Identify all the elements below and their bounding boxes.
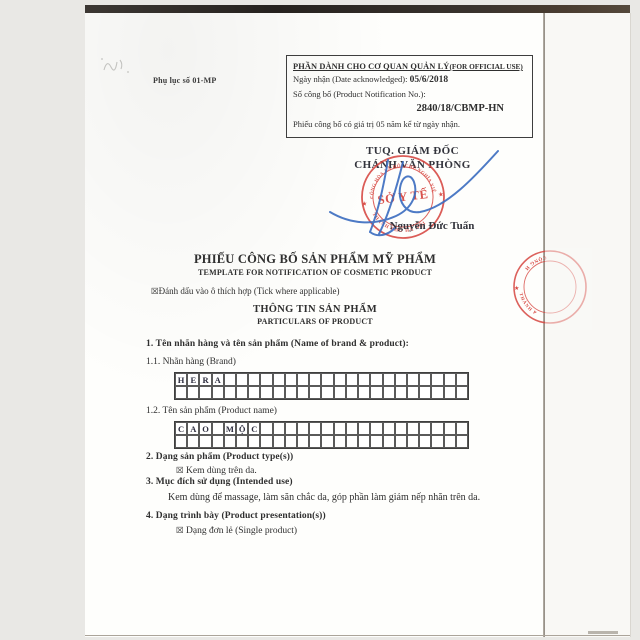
grid-cell xyxy=(407,435,419,448)
grid-cell xyxy=(334,386,346,399)
grid-cell xyxy=(175,435,187,448)
product-name-letter-grid: CAOMỘC xyxy=(174,421,469,449)
official-use-box: PHẦN DÀNH CHO CƠ QUAN QUẢN LÝ(FOR OFFICI… xyxy=(286,55,533,138)
grid-cell xyxy=(321,386,333,399)
grid-cell xyxy=(456,422,468,435)
scanned-document-photo: { "page": { "appendix_label": "Phụ lục s… xyxy=(0,0,640,640)
date-acknowledged-line: Ngày nhận (Date acknowledged): 05/6/2018 xyxy=(293,73,526,88)
grid-cell xyxy=(297,386,309,399)
grid-cell: H xyxy=(175,373,187,386)
grid-cell xyxy=(273,386,285,399)
item2-option-text: Kem dùng trên da. xyxy=(186,466,257,476)
grid-cell xyxy=(236,386,248,399)
grid-cell xyxy=(358,373,370,386)
grid-cell xyxy=(456,435,468,448)
grid-cell xyxy=(431,422,443,435)
grid-cell xyxy=(383,435,395,448)
grid-cell xyxy=(212,422,224,435)
edge-stamp-star-icon: ★ xyxy=(514,285,519,292)
grid-cell xyxy=(321,435,333,448)
grid-cell xyxy=(260,435,272,448)
grid-cell xyxy=(419,386,431,399)
grid-cell xyxy=(395,373,407,386)
pencil-scribble xyxy=(98,50,142,80)
grid-cell xyxy=(187,386,199,399)
grid-cell xyxy=(236,373,248,386)
grid-cell xyxy=(407,386,419,399)
grid-cell: C xyxy=(248,422,260,435)
grid-cell: O xyxy=(199,422,211,435)
corner-shadow xyxy=(588,631,618,634)
grid-cell xyxy=(297,435,309,448)
grid-cell xyxy=(285,435,297,448)
grid-cell xyxy=(370,386,382,399)
tick-instruction-text: Đánh dấu vào ô thích hợp (Tick where app… xyxy=(159,286,340,296)
grid-cell xyxy=(444,422,456,435)
item1-1-label: 1.1. Nhãn hàng (Brand) xyxy=(146,357,236,367)
item1-label: 1. Tên nhãn hàng và tên sản phẩm (Name o… xyxy=(146,339,409,349)
grid-cell xyxy=(444,435,456,448)
grid-cell xyxy=(297,422,309,435)
grid-cell: A xyxy=(187,422,199,435)
checkbox-checked-icon: ☒ xyxy=(176,466,184,476)
grid-cell xyxy=(346,422,358,435)
item3-text: Kem dùng để massage, làm săn chắc da, gó… xyxy=(168,492,480,503)
grid-cell xyxy=(456,373,468,386)
grid-cell: Ộ xyxy=(236,422,248,435)
grid-cell xyxy=(212,435,224,448)
grid-cell xyxy=(431,435,443,448)
page-bottom-edge xyxy=(85,635,630,636)
tick-instruction: ☒Đánh dấu vào ô thích hợp (Tick where ap… xyxy=(151,286,340,297)
item4-label: 4. Dạng trình bày (Product presentation(… xyxy=(146,511,326,521)
grid-cell xyxy=(383,386,395,399)
grid-cell xyxy=(260,386,272,399)
grid-cell xyxy=(444,386,456,399)
item2-label: 2. Dạng sản phẩm (Product type(s)) xyxy=(146,452,293,462)
signer-name: Nguyễn Đức Tuấn xyxy=(352,220,512,232)
document-title: PHIẾU CÔNG BỐ SẢN PHẨM MỸ PHẨM xyxy=(85,252,545,267)
grid-cell xyxy=(285,422,297,435)
grid-cell xyxy=(273,422,285,435)
brand-letter-grid: HERA xyxy=(174,372,469,400)
grid-cell xyxy=(309,373,321,386)
grid-cell xyxy=(248,435,260,448)
stack-top-edge xyxy=(85,5,630,13)
grid-cell xyxy=(236,435,248,448)
validity-note: Phiếu công bố có giá trị 05 năm kể từ ng… xyxy=(293,118,526,130)
grid-cell xyxy=(419,422,431,435)
grid-cell xyxy=(248,386,260,399)
grid-cell xyxy=(199,386,211,399)
item2-option: ☒ Kem dùng trên da. xyxy=(176,466,257,476)
grid-cell xyxy=(309,435,321,448)
grid-cell xyxy=(358,386,370,399)
grid-cell: M xyxy=(224,422,236,435)
grid-cell xyxy=(431,373,443,386)
grid-cell xyxy=(431,386,443,399)
grid-cell xyxy=(273,435,285,448)
grid-cell xyxy=(321,373,333,386)
grid-cell xyxy=(346,435,358,448)
grid-cell xyxy=(346,386,358,399)
grid-cell xyxy=(334,422,346,435)
grid-cell xyxy=(321,422,333,435)
grid-cell xyxy=(358,422,370,435)
grid-cell xyxy=(297,373,309,386)
date-label: Ngày nhận (Date acknowledged): xyxy=(293,74,407,84)
grid-cell xyxy=(383,422,395,435)
item1-2-label: 1.2. Tên sản phẩm (Product name) xyxy=(146,406,277,416)
grid-cell xyxy=(285,373,297,386)
notification-label: Số công bố (Product Notification No.): xyxy=(293,88,526,100)
grid-cell: E xyxy=(187,373,199,386)
grid-cell xyxy=(224,386,236,399)
section-title: THÔNG TIN SẢN PHẨM xyxy=(85,304,545,315)
official-box-header-vi: PHẦN DÀNH CHO CƠ QUAN QUẢN LÝ xyxy=(293,62,449,71)
grid-cell xyxy=(395,422,407,435)
grid-cell xyxy=(407,422,419,435)
checkbox-checked-icon: ☒ xyxy=(151,287,159,297)
checkbox-checked-icon: ☒ xyxy=(176,526,184,536)
grid-cell xyxy=(395,435,407,448)
grid-cell xyxy=(419,435,431,448)
grid-cell xyxy=(273,373,285,386)
grid-cell: A xyxy=(212,373,224,386)
grid-cell xyxy=(285,386,297,399)
grid-cell xyxy=(309,422,321,435)
grid-cell xyxy=(407,373,419,386)
grid-cell xyxy=(199,435,211,448)
document-subtitle: TEMPLATE FOR NOTIFICATION OF COSMETIC PR… xyxy=(85,268,545,277)
grid-cell xyxy=(370,422,382,435)
notification-number: 2840/18/CBMP-HN xyxy=(293,101,526,116)
item4-option: ☒ Dạng đơn lẻ (Single product) xyxy=(176,526,297,536)
grid-cell xyxy=(358,435,370,448)
grid-cell xyxy=(175,386,187,399)
grid-cell xyxy=(187,435,199,448)
item3-label: 3. Mục đích sử dụng (Intended use) xyxy=(146,477,293,487)
grid-cell xyxy=(395,386,407,399)
section-subtitle: PARTICULARS OF PRODUCT xyxy=(85,317,545,326)
grid-cell xyxy=(334,373,346,386)
grid-cell: R xyxy=(199,373,211,386)
grid-cell: C xyxy=(175,422,187,435)
grid-cell xyxy=(456,386,468,399)
grid-cell xyxy=(346,373,358,386)
grid-cell xyxy=(370,373,382,386)
grid-cell xyxy=(419,373,431,386)
edge-stamp-fade xyxy=(545,248,592,330)
grid-cell xyxy=(370,435,382,448)
grid-cell xyxy=(248,373,260,386)
grid-cell xyxy=(224,373,236,386)
grid-cell xyxy=(260,373,272,386)
grid-cell xyxy=(212,386,224,399)
grid-cell xyxy=(260,422,272,435)
grid-cell xyxy=(224,435,236,448)
official-box-header: PHẦN DÀNH CHO CƠ QUAN QUẢN LÝ(FOR OFFICI… xyxy=(293,60,526,73)
appendix-label: Phụ lục số 01-MP xyxy=(153,76,216,85)
item4-option-text: Dạng đơn lẻ (Single product) xyxy=(186,526,297,536)
grid-cell xyxy=(383,373,395,386)
grid-cell xyxy=(309,386,321,399)
grid-cell xyxy=(334,435,346,448)
grid-cell xyxy=(444,373,456,386)
date-value: 05/6/2018 xyxy=(410,75,449,85)
official-box-header-en: (FOR OFFICIAL USE) xyxy=(449,62,522,71)
